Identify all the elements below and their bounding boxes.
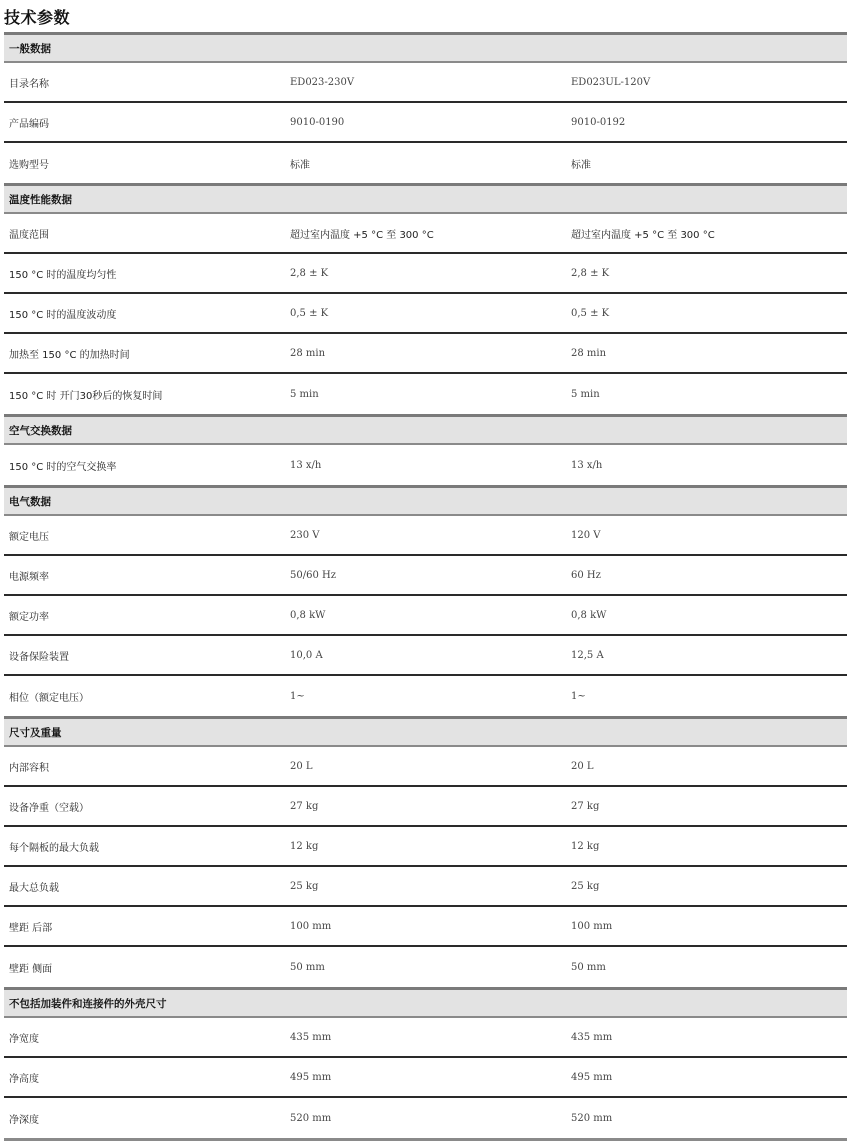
value-120v: 2,8 ± K xyxy=(571,268,847,279)
table-row: 150 °C 时的温度波动度 0,5 ± K 0,5 ± K xyxy=(4,294,847,334)
value-120v: 50 mm xyxy=(571,962,847,973)
value-120v: ED023UL-120V xyxy=(571,77,847,88)
value-230v: 10,0 A xyxy=(290,650,571,661)
table-row: 设备净重（空载） 27 kg 27 kg xyxy=(4,787,847,827)
table-row: 电源频率 50/60 Hz 60 Hz xyxy=(4,556,847,596)
value-120v: 120 V xyxy=(571,530,847,541)
value-120v: 25 kg xyxy=(571,881,847,892)
value-120v: 28 min xyxy=(571,348,847,359)
row-label: 净深度 xyxy=(4,1111,290,1126)
row-label: 每个隔板的最大负载 xyxy=(4,839,290,854)
value-120v: 12,5 A xyxy=(571,650,847,661)
value-230v: 0,8 kW xyxy=(290,610,571,621)
table-row: 最大总负载 25 kg 25 kg xyxy=(4,867,847,907)
table-row: 额定功率 0,8 kW 0,8 kW xyxy=(4,596,847,636)
table-row: 150 °C 时的空气交换率 13 x/h 13 x/h xyxy=(4,445,847,485)
section-header-air-exchange: 空气交换数据 xyxy=(4,414,847,445)
table-row: 净宽度 435 mm 435 mm xyxy=(4,1018,847,1058)
value-230v: 20 L xyxy=(290,761,571,772)
row-label: 相位（额定电压） xyxy=(4,689,290,704)
value-120v: 1~ xyxy=(571,691,847,702)
table-row: 产品编码 9010-0190 9010-0192 xyxy=(4,103,847,143)
value-230v: 495 mm xyxy=(290,1072,571,1083)
value-120v: 60 Hz xyxy=(571,570,847,581)
value-230v: 435 mm xyxy=(290,1032,571,1043)
section-header-external-dimensions: 不包括加装件和连接件的外壳尺寸 xyxy=(4,987,847,1018)
table-row: 设备保险装置 10,0 A 12,5 A xyxy=(4,636,847,676)
value-120v: 标准 xyxy=(571,156,847,171)
table-row: 壁距 后部 100 mm 100 mm xyxy=(4,907,847,947)
value-230v: 25 kg xyxy=(290,881,571,892)
value-120v: 520 mm xyxy=(571,1113,847,1124)
value-230v: 520 mm xyxy=(290,1113,571,1124)
value-120v: 0,8 kW xyxy=(571,610,847,621)
value-120v: 0,5 ± K xyxy=(571,308,847,319)
table-row: 温度范围 超过室内温度 +5 °C 至 300 °C 超过室内温度 +5 °C … xyxy=(4,214,847,254)
table-row: 内部容积 20 L 20 L xyxy=(4,747,847,787)
value-230v: 50/60 Hz xyxy=(290,570,571,581)
row-label: 电源频率 xyxy=(4,568,290,583)
row-label: 150 °C 时的温度均匀性 xyxy=(4,266,290,281)
table-row: 额定电压 230 V 120 V xyxy=(4,516,847,556)
table-row: 目录名称 ED023-230V ED023UL-120V xyxy=(4,63,847,103)
row-label: 产品编码 xyxy=(4,115,290,130)
row-label: 设备净重（空载） xyxy=(4,799,290,814)
value-230v: 100 mm xyxy=(290,921,571,932)
value-230v: 13 x/h xyxy=(290,460,571,471)
table-row: 选购型号 标准 标准 xyxy=(4,143,847,183)
table-row: 相位（额定电压） 1~ 1~ xyxy=(4,676,847,716)
section-header-temperature: 温度性能数据 xyxy=(4,183,847,214)
table-row: 加热至 150 °C 的加热时间 28 min 28 min xyxy=(4,334,847,374)
section-header-general: 一般数据 xyxy=(4,32,847,63)
row-label: 温度范围 xyxy=(4,226,290,241)
value-230v: 28 min xyxy=(290,348,571,359)
page-title: 技术参数 xyxy=(4,5,70,28)
value-120v: 435 mm xyxy=(571,1032,847,1043)
row-label: 额定电压 xyxy=(4,528,290,543)
value-230v: 标准 xyxy=(290,156,571,171)
row-label: 150 °C 时 开门30秒后的恢复时间 xyxy=(4,387,290,402)
row-label: 壁距 后部 xyxy=(4,919,290,934)
table-row: 150 °C 时的温度均匀性 2,8 ± K 2,8 ± K xyxy=(4,254,847,294)
row-label: 目录名称 xyxy=(4,75,290,90)
value-230v: 0,5 ± K xyxy=(290,308,571,319)
value-120v: 12 kg xyxy=(571,841,847,852)
row-label: 内部容积 xyxy=(4,759,290,774)
value-230v: 230 V xyxy=(290,530,571,541)
value-230v: 1~ xyxy=(290,691,571,702)
table-row: 净深度 520 mm 520 mm xyxy=(4,1098,847,1138)
value-120v: 100 mm xyxy=(571,921,847,932)
row-label: 150 °C 时的温度波动度 xyxy=(4,306,290,321)
value-230v: 12 kg xyxy=(290,841,571,852)
value-120v: 13 x/h xyxy=(571,460,847,471)
value-120v: 27 kg xyxy=(571,801,847,812)
table-row: 净高度 495 mm 495 mm xyxy=(4,1058,847,1098)
value-230v: 2,8 ± K xyxy=(290,268,571,279)
value-120v: 超过室内温度 +5 °C 至 300 °C xyxy=(571,226,847,241)
table-row: 壁距 侧面 50 mm 50 mm xyxy=(4,947,847,987)
table-row: 每个隔板的最大负载 12 kg 12 kg xyxy=(4,827,847,867)
row-label: 150 °C 时的空气交换率 xyxy=(4,458,290,473)
row-label: 设备保险装置 xyxy=(4,648,290,663)
row-label: 额定功率 xyxy=(4,608,290,623)
row-label: 壁距 侧面 xyxy=(4,960,290,975)
value-120v: 5 min xyxy=(571,389,847,400)
row-label: 净高度 xyxy=(4,1070,290,1085)
value-120v: 9010-0192 xyxy=(571,117,847,128)
value-230v: 50 mm xyxy=(290,962,571,973)
row-label: 最大总负载 xyxy=(4,879,290,894)
table-bottom-border xyxy=(4,1138,847,1142)
value-120v: 20 L xyxy=(571,761,847,772)
row-label: 选购型号 xyxy=(4,156,290,171)
value-230v: 5 min xyxy=(290,389,571,400)
value-230v: 27 kg xyxy=(290,801,571,812)
row-label: 净宽度 xyxy=(4,1030,290,1045)
value-120v: 495 mm xyxy=(571,1072,847,1083)
section-header-dimensions-weight: 尺寸及重量 xyxy=(4,716,847,747)
row-label: 加热至 150 °C 的加热时间 xyxy=(4,346,290,361)
value-230v: 超过室内温度 +5 °C 至 300 °C xyxy=(290,226,571,241)
table-row: 150 °C 时 开门30秒后的恢复时间 5 min 5 min xyxy=(4,374,847,414)
value-230v: 9010-0190 xyxy=(290,117,571,128)
value-230v: ED023-230V xyxy=(290,77,571,88)
spec-table: 一般数据 目录名称 ED023-230V ED023UL-120V 产品编码 9… xyxy=(4,32,847,1142)
section-header-electrical: 电气数据 xyxy=(4,485,847,516)
